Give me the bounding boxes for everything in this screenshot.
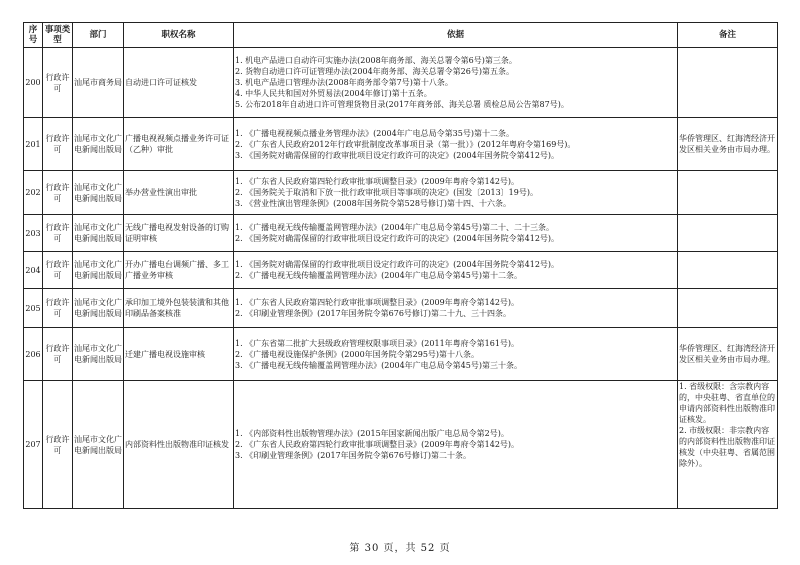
table-row: 207行政许可汕尾市文化广电新闻出版局内部资料性出版物准印证核发1. 《内部资料… [24,381,778,509]
cell-name: 自动进口许可证核发 [124,48,234,118]
basis-line: 1. 《广播电视视频点播业务管理办法》(2004年广电总局令第35号)第十二条。 [235,128,676,139]
header-dept: 部门 [73,23,124,48]
basis-line: 2. 《广播电视设施保护条例》(2000年国务院令第295号)第十八条。 [235,349,676,360]
cell-type: 行政许可 [43,289,73,328]
basis-line: 2. 《国务院对确需保留的行政审批项目设定行政许可的决定》(2004年国务院令第… [235,233,676,244]
cell-note: 华侨管理区、红海湾经济开发区相关业务由市局办理。 [678,118,778,171]
basis-line: 1. 《内部资料性出版物管理办法》(2015年国家新闻出版广电总局令第2号)。 [235,428,676,439]
basis-line: 3. 机电产品进口管理办法(2008年商务部令第7号)第十八条。 [235,77,676,88]
basis-line: 4. 中华人民共和国对外贸易法(2004年修订)第十五条。 [235,88,676,99]
table-row: 206行政许可汕尾市文化广电新闻出版局迁建广播电视设施审核1. 《广东省第二批扩… [24,328,778,381]
note-line: 2. 市级权限：非宗教内容的内部资料性出版物准印证核发（中央驻粤、省属范围除外）… [679,425,776,469]
header-basis: 依据 [234,23,678,48]
cell-dept: 汕尾市文化广电新闻出版局 [73,215,124,252]
basis-line: 2. 《广东省人民政府2012年行政审批制度改革事项目录（第一批）》(2012年… [235,139,676,150]
cell-seq: 206 [24,328,43,381]
cell-basis: 1. 《国务院对确需保留的行政审批项目设定行政许可的决定》(2004年国务院令第… [234,252,678,289]
basis-line: 5. 公布2018年自动进口许可管理货物目录(2017年商务部、海关总署 质检总… [235,99,676,110]
cell-seq: 202 [24,171,43,215]
cell-note [678,171,778,215]
cell-name: 无线广播电视发射设备的订购证明审核 [124,215,234,252]
basis-line: 1. 《广东省第二批扩大县级政府管理权限事项目录》(2011年粤府令第161号)… [235,338,676,349]
table-row: 205行政许可汕尾市文化广电新闻出版局承印加工境外包装装潢和其他印刷品备案核准1… [24,289,778,328]
cell-dept: 汕尾市文化广电新闻出版局 [73,118,124,171]
basis-line: 1. 《广东省人民政府第四轮行政审批事项调整目录》(2009年粤府令第142号)… [235,297,676,308]
basis-line: 3. 《广播电视无线传输覆盖网管理办法》(2004年广电总局令第45号)第三十条… [235,360,676,371]
cell-note [678,48,778,118]
cell-basis: 1. 《广播电视视频点播业务管理办法》(2004年广电总局令第35号)第十二条。… [234,118,678,171]
basis-line: 3. 《印刷业管理条例》(2017年国务院令第676号修订)第二十条。 [235,450,676,461]
table-row: 201行政许可汕尾市文化广电新闻出版局广播电视视频点播业务许可证（乙种）审批1.… [24,118,778,171]
cell-type: 行政许可 [43,171,73,215]
cell-type: 行政许可 [43,215,73,252]
cell-type: 行政许可 [43,48,73,118]
basis-line: 1. 《广东省人民政府第四轮行政审批事项调整目录》(2009年粤府令第142号)… [235,176,676,187]
cell-name: 承印加工境外包装装潢和其他印刷品备案核准 [124,289,234,328]
cell-dept: 汕尾市文化广电新闻出版局 [73,381,124,509]
note-line: 华侨管理区、红海湾经济开发区相关业务由市局办理。 [679,133,776,155]
cell-basis: 1. 《广东省人民政府第四轮行政审批事项调整目录》(2009年粤府令第142号)… [234,289,678,328]
cell-type: 行政许可 [43,118,73,171]
cell-note [678,215,778,252]
basis-line: 2. 《国务院关于取消和下放一批行政审批项目等事项的决定》(国发〔2013〕19… [235,187,676,198]
note-line: 1. 省级权限：含宗教内容的，中央驻粤、省直单位的申请内部资料性出版物准印证核发… [679,381,776,425]
header-type: 事项类型 [43,23,73,48]
basis-line: 1. 机电产品进口自动许可实施办法(2008年商务部、海关总署令第6号)第三条。 [235,55,676,66]
note-line: 华侨管理区、红海湾经济开发区相关业务由市局办理。 [679,343,776,365]
cell-name: 举办营业性演出审批 [124,171,234,215]
basis-line: 2. 《广东省人民政府第四轮行政审批事项调整目录》(2009年粤府令第142号)… [235,439,676,450]
table-row: 204行政许可汕尾市文化广电新闻出版局开办广播电台调频广播、多工广播业务审核1.… [24,252,778,289]
cell-basis: 1. 《广播电视无线传输覆盖网管理办法》(2004年广电总局令第45号)第二十、… [234,215,678,252]
page-number: 第 30 页，共 52 页 [0,539,800,554]
cell-seq: 201 [24,118,43,171]
cell-dept: 汕尾市文化广电新闻出版局 [73,289,124,328]
cell-note: 华侨管理区、红海湾经济开发区相关业务由市局办理。 [678,328,778,381]
cell-basis: 1. 《广东省第二批扩大县级政府管理权限事项目录》(2011年粤府令第161号)… [234,328,678,381]
cell-name: 广播电视视频点播业务许可证（乙种）审批 [124,118,234,171]
cell-type: 行政许可 [43,381,73,509]
cell-note [678,289,778,328]
cell-dept: 汕尾市文化广电新闻出版局 [73,328,124,381]
header-note: 备注 [678,23,778,48]
cell-name: 开办广播电台调频广播、多工广播业务审核 [124,252,234,289]
table-row: 202行政许可汕尾市文化广电新闻出版局举办营业性演出审批1. 《广东省人民政府第… [24,171,778,215]
cell-basis: 1. 《广东省人民政府第四轮行政审批事项调整目录》(2009年粤府令第142号)… [234,171,678,215]
cell-type: 行政许可 [43,252,73,289]
basis-line: 2. 货物自动进口许可证管理办法(2004年商务部、海关总署令第26号)第五条。 [235,66,676,77]
basis-line: 3. 《营业性演出管理条例》(2008年国务院令第528号修订)第十四、十六条。 [235,198,676,209]
authority-table: 序号 事项类型 部门 职权名称 依据 备注 200行政许可汕尾市商务局自动进口许… [23,22,778,509]
cell-type: 行政许可 [43,328,73,381]
header-seq: 序号 [24,23,43,48]
basis-line: 1. 《广播电视无线传输覆盖网管理办法》(2004年广电总局令第45号)第二十、… [235,222,676,233]
cell-name: 内部资料性出版物准印证核发 [124,381,234,509]
cell-dept: 汕尾市文化广电新闻出版局 [73,252,124,289]
cell-seq: 205 [24,289,43,328]
table-row: 203行政许可汕尾市文化广电新闻出版局无线广播电视发射设备的订购证明审核1. 《… [24,215,778,252]
cell-seq: 200 [24,48,43,118]
basis-line: 3. 《国务院对确需保留的行政审批项目设定行政许可的决定》(2004年国务院令第… [235,150,676,161]
cell-basis: 1. 机电产品进口自动许可实施办法(2008年商务部、海关总署令第6号)第三条。… [234,48,678,118]
cell-basis: 1. 《内部资料性出版物管理办法》(2015年国家新闻出版广电总局令第2号)。2… [234,381,678,509]
basis-line: 2. 《广播电视无线传输覆盖网管理办法》(2004年广电总局令第45号)第十二条… [235,270,676,281]
cell-dept: 汕尾市文化广电新闻出版局 [73,171,124,215]
cell-seq: 204 [24,252,43,289]
header-name: 职权名称 [124,23,234,48]
cell-note [678,252,778,289]
cell-dept: 汕尾市商务局 [73,48,124,118]
cell-seq: 203 [24,215,43,252]
cell-note: 1. 省级权限：含宗教内容的，中央驻粤、省直单位的申请内部资料性出版物准印证核发… [678,381,778,509]
basis-line: 2. 《印刷业管理条例》(2017年国务院令第676号修订)第二十九、三十四条。 [235,308,676,319]
table-row: 200行政许可汕尾市商务局自动进口许可证核发1. 机电产品进口自动许可实施办法(… [24,48,778,118]
table-header-row: 序号 事项类型 部门 职权名称 依据 备注 [24,23,778,48]
cell-seq: 207 [24,381,43,509]
cell-name: 迁建广播电视设施审核 [124,328,234,381]
basis-line: 1. 《国务院对确需保留的行政审批项目设定行政许可的决定》(2004年国务院令第… [235,259,676,270]
